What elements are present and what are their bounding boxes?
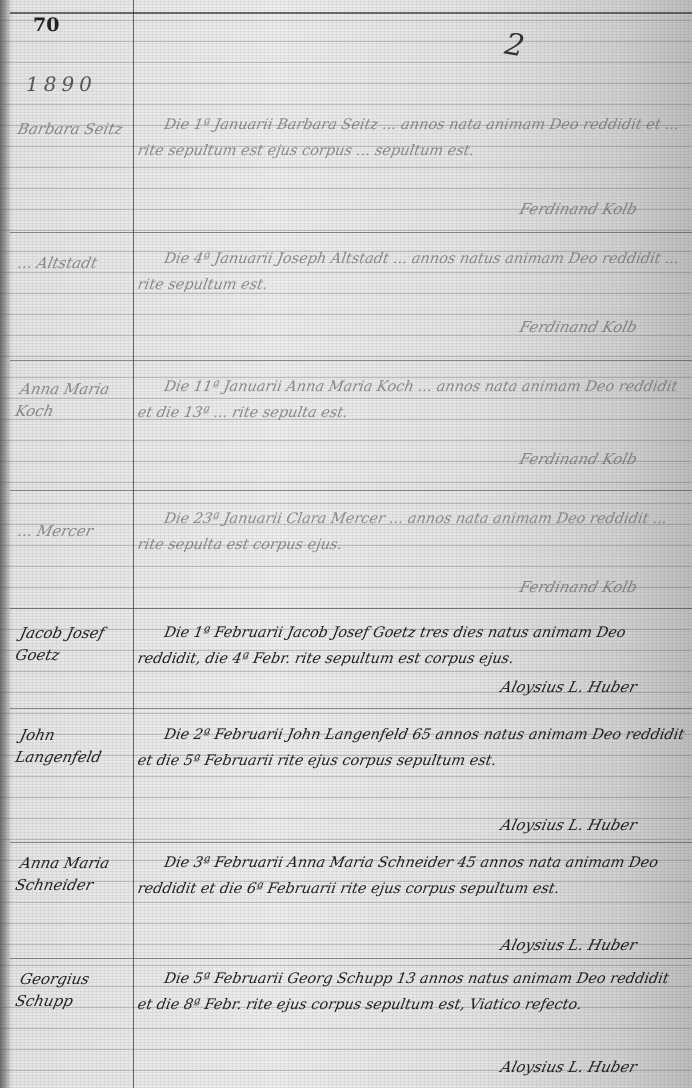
entry-signature: Ferdinand Kolb xyxy=(518,450,639,468)
entry-text: Die 5ª Februarii Georg Schupp 13 annos n… xyxy=(135,966,689,1018)
entry-separator xyxy=(10,958,692,959)
entry-name: ... Altstadt xyxy=(16,252,133,274)
entry-signature: Aloysius L. Huber xyxy=(499,936,639,954)
entry-name: Barbara Seitz xyxy=(16,118,133,140)
entry-name: John Langenfeld xyxy=(13,724,134,768)
entry-text: Die 4ª Januarii Joseph Altstadt ... anno… xyxy=(135,246,689,298)
top-rule xyxy=(10,12,692,14)
entry-signature: Aloysius L. Huber xyxy=(499,1058,639,1076)
entry-text: Die 1ª Januarii Barbara Seitz ... annos … xyxy=(135,112,689,164)
entry-separator xyxy=(10,708,692,709)
entry-signature: Ferdinand Kolb xyxy=(518,578,639,596)
entry-name: Jacob Josef Goetz xyxy=(13,622,134,666)
entry-signature: Aloysius L. Huber xyxy=(499,678,639,696)
entry-name: Anna Maria Schneider xyxy=(13,852,134,896)
entry-text: Die 23ª Januarii Clara Mercer ... annos … xyxy=(135,506,689,558)
entry-text: Die 11ª Januarii Anna Maria Koch ... ann… xyxy=(135,374,689,426)
entry-separator xyxy=(10,360,692,361)
entry-separator xyxy=(10,842,692,843)
entry-signature: Aloysius L. Huber xyxy=(499,816,639,834)
entry-name: Anna Maria Koch xyxy=(13,378,134,422)
entry-separator xyxy=(10,608,692,609)
margin-column-divider xyxy=(133,0,134,1088)
entry-separator xyxy=(10,232,692,233)
entry-text: Die 2ª Februarii John Langenfeld 65 anno… xyxy=(135,722,689,774)
entry-text: Die 3ª Februarii Anna Maria Schneider 45… xyxy=(135,850,689,902)
entry-name: ... Mercer xyxy=(16,520,133,542)
entry-separator xyxy=(10,490,692,491)
register-page: 70 2 1890 Barbara Seitz Die 1ª Januarii … xyxy=(0,0,692,1088)
entry-text: Die 1ª Februarii Jacob Josef Goetz tres … xyxy=(135,620,689,672)
page-number: 70 xyxy=(33,14,59,36)
entry-name: Georgius Schupp xyxy=(13,968,134,1012)
entry-signature: Ferdinand Kolb xyxy=(518,318,639,336)
corner-mark: 2 xyxy=(502,27,527,65)
entry-signature: Ferdinand Kolb xyxy=(518,200,639,218)
year-heading: 1890 xyxy=(26,72,97,96)
